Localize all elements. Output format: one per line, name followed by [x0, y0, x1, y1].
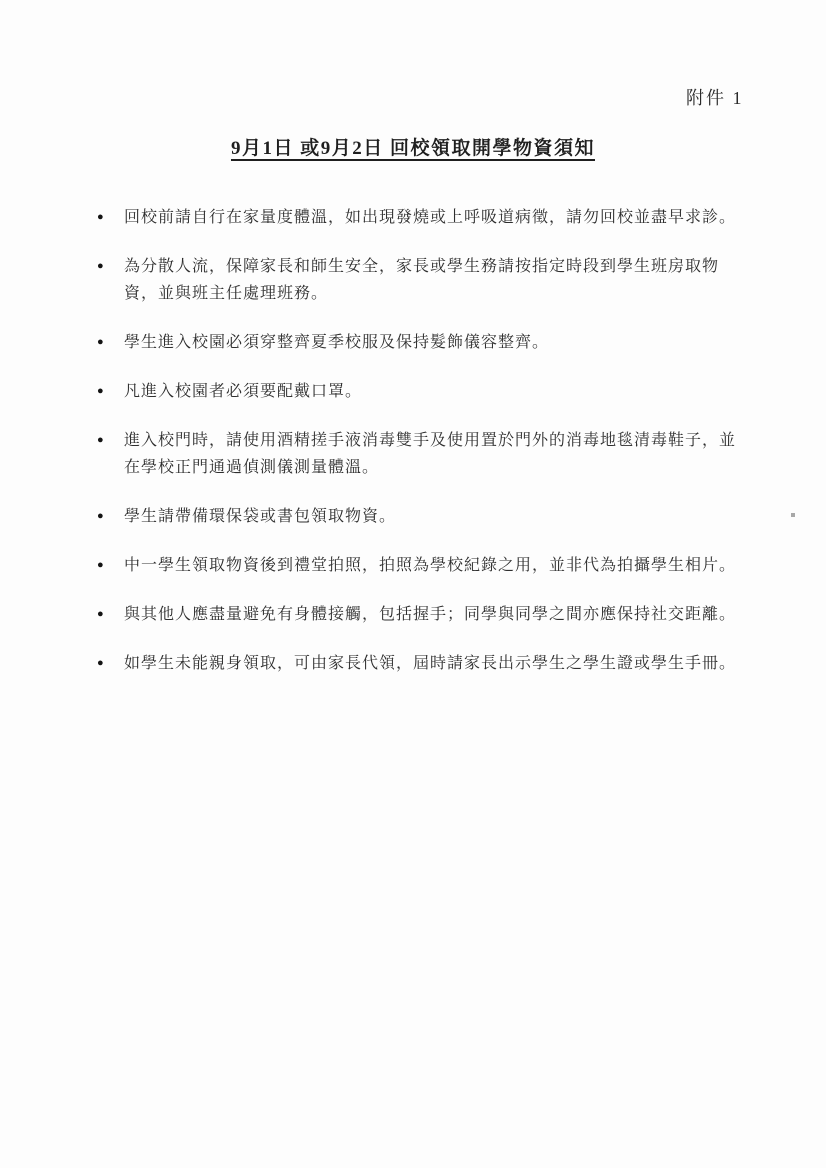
list-item: ● 與其他人應盡量避免有身體接觸，包括握手；同學與同學之間亦應保持社交距離。	[97, 601, 775, 628]
list-item: ● 學生請帶備環保袋或書包領取物資。	[97, 503, 775, 530]
list-item-text: 中一學生領取物資後到禮堂拍照，拍照為學校紀錄之用，並非代為拍攝學生相片。	[124, 552, 775, 579]
list-item-text: 進入校門時，請使用酒精搓手液消毒雙手及使用置於門外的消毒地毯清毒鞋子，並 在學校…	[124, 427, 775, 481]
bullet-icon: ●	[97, 601, 124, 628]
page-title: 9月1日 或9月2日 回校領取開學物資須知	[0, 133, 826, 160]
bullet-icon: ●	[97, 329, 124, 356]
list-item-text: 凡進入校園者必須要配戴口罩。	[124, 378, 775, 405]
notice-list: ● 回校前請自行在家量度體溫，如出現發燒或上呼吸道病徵，請勿回校並盡早求診。 ●…	[97, 204, 775, 699]
scanned-notice-page: 附件 1 9月1日 或9月2日 回校領取開學物資須知 ● 回校前請自行在家量度體…	[0, 0, 826, 1168]
list-item: ● 如學生未能親身領取，可由家長代領，屆時請家長出示學生之學生證或學生手冊。	[97, 650, 775, 677]
list-item-text: 回校前請自行在家量度體溫，如出現發燒或上呼吸道病徵，請勿回校並盡早求診。	[124, 204, 775, 231]
list-item: ● 凡進入校園者必須要配戴口罩。	[97, 378, 775, 405]
list-item-text: 與其他人應盡量避免有身體接觸，包括握手；同學與同學之間亦應保持社交距離。	[124, 601, 775, 628]
list-item: ● 學生進入校園必須穿整齊夏季校服及保持髮飾儀容整齊。	[97, 329, 775, 356]
bullet-icon: ●	[97, 253, 124, 280]
page-title-text: 9月1日 或9月2日 回校領取開學物資須知	[231, 138, 595, 159]
list-item: ● 中一學生領取物資後到禮堂拍照，拍照為學校紀錄之用，並非代為拍攝學生相片。	[97, 552, 775, 579]
list-item-text: 為分散人流，保障家長和師生安全，家長或學生務請按指定時段到學生班房取物 資，並與…	[124, 253, 775, 307]
list-item: ● 回校前請自行在家量度體溫，如出現發燒或上呼吸道病徵，請勿回校並盡早求診。	[97, 204, 775, 231]
scan-artifact-speck	[791, 513, 795, 517]
bullet-icon: ●	[97, 552, 124, 579]
list-item: ● 為分散人流，保障家長和師生安全，家長或學生務請按指定時段到學生班房取物 資，…	[97, 253, 775, 307]
list-item: ● 進入校門時，請使用酒精搓手液消毒雙手及使用置於門外的消毒地毯清毒鞋子，並 在…	[97, 427, 775, 481]
attachment-label: 附件 1	[686, 84, 744, 110]
bullet-icon: ●	[97, 650, 124, 677]
bullet-icon: ●	[97, 503, 124, 530]
bullet-icon: ●	[97, 204, 124, 231]
bullet-icon: ●	[97, 427, 124, 454]
bullet-icon: ●	[97, 378, 124, 405]
list-item-text: 學生請帶備環保袋或書包領取物資。	[124, 503, 775, 530]
list-item-text: 學生進入校園必須穿整齊夏季校服及保持髮飾儀容整齊。	[124, 329, 775, 356]
list-item-text: 如學生未能親身領取，可由家長代領，屆時請家長出示學生之學生證或學生手冊。	[124, 650, 775, 677]
